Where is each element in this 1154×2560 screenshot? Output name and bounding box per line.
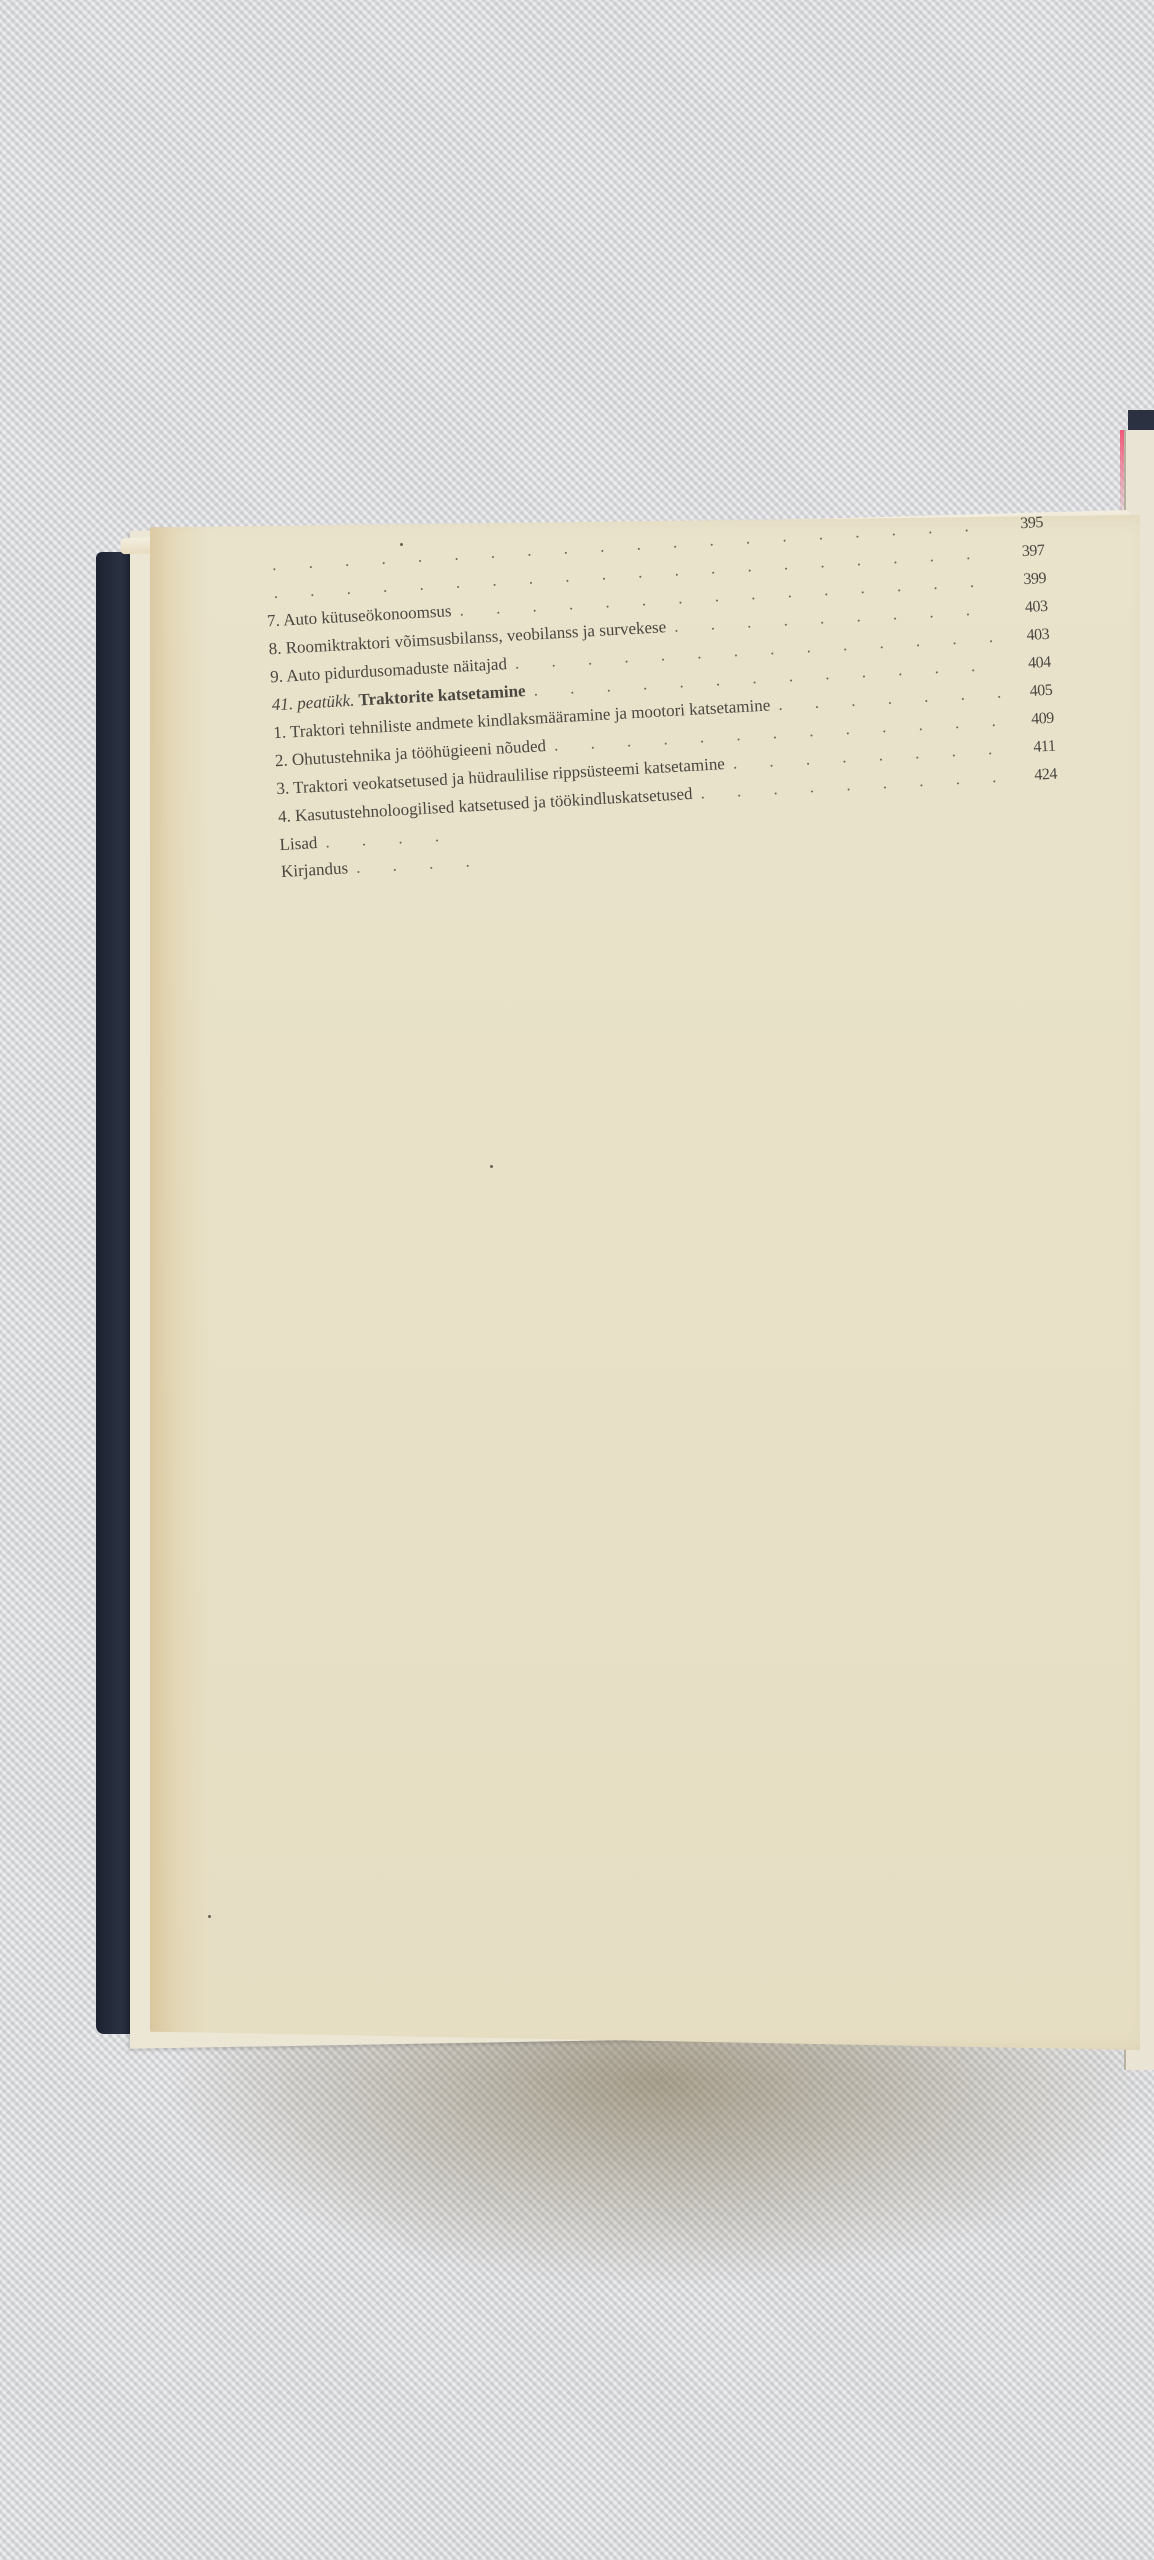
- toc-entry-number: 3.: [276, 778, 294, 798]
- toc-entry-text: Kirjandus: [281, 858, 349, 881]
- toc-page-number: 424: [1016, 761, 1057, 790]
- toc-entry-title: Kirjandus: [280, 854, 348, 885]
- toc-entry-title: Lisad: [279, 829, 318, 858]
- book-shadow: [160, 2030, 1154, 2290]
- toc-page-number: 395: [1002, 509, 1043, 538]
- toc-page-number: 397: [1004, 537, 1045, 566]
- print-speck: [490, 1165, 493, 1168]
- toc-entry-number: 4.: [278, 806, 296, 826]
- toc-page-number: 403: [1007, 593, 1048, 622]
- toc-entry-text: Lisad: [279, 833, 318, 854]
- toc-page-number: 405: [1011, 677, 1052, 706]
- toc-page-number: 399: [1005, 565, 1046, 594]
- toc-page-number: [453, 838, 493, 840]
- toc-entry-number: 41.: [271, 694, 298, 714]
- toc-entry-number: 1.: [273, 722, 291, 742]
- toc-entry-text: Auto kütuseökonoomsus: [283, 601, 452, 629]
- toc-page-number: 411: [1015, 733, 1056, 762]
- toc-page-number: [484, 863, 524, 865]
- toc-entry-text: Traktorite katsetamine: [358, 681, 526, 709]
- toc-entry-number: 2.: [274, 750, 292, 770]
- toc-entry-number: 7.: [267, 611, 284, 631]
- toc-entry-number: 8.: [268, 638, 286, 658]
- table-of-contents: 395 397 7. Auto kütuseökonoomsus 399 8. …: [263, 508, 1060, 885]
- toc-page-number: 409: [1013, 705, 1054, 734]
- chapter-label: peatükk.: [297, 690, 359, 712]
- toc-entry-number: 9.: [270, 666, 287, 686]
- ribbon-edge: [1120, 430, 1124, 520]
- print-speck: [208, 1915, 211, 1918]
- toc-page-number: 404: [1010, 649, 1051, 678]
- toc-page-number: 403: [1008, 621, 1049, 650]
